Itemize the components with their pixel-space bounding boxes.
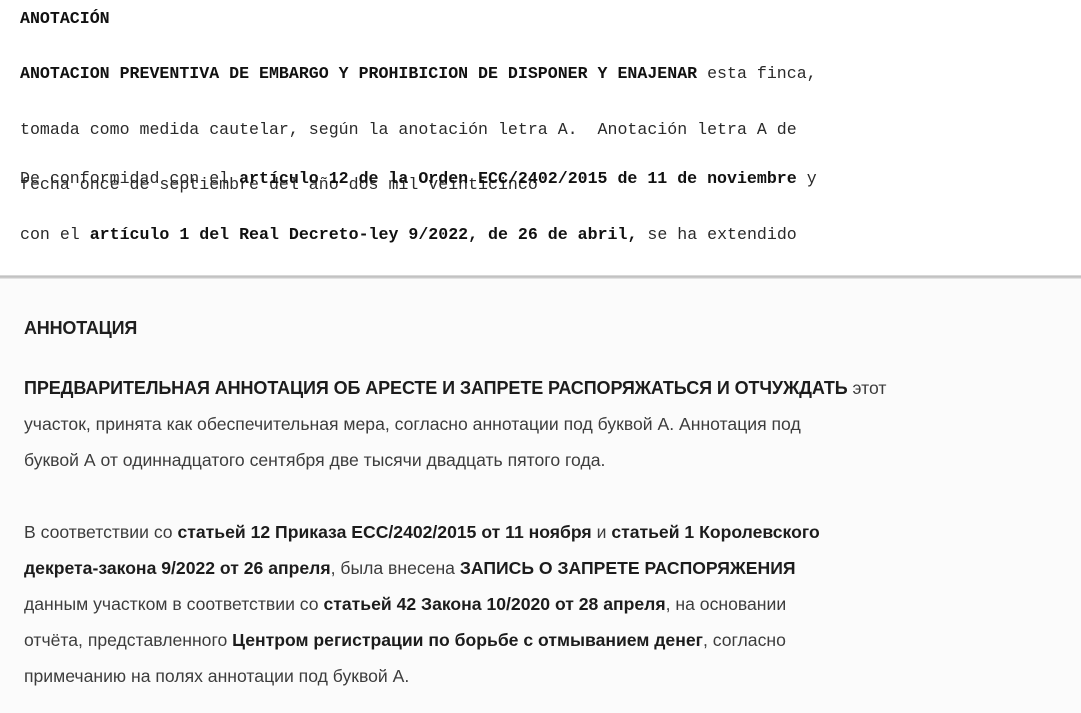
text-line: отчёта, представленного Центром регистра… — [24, 622, 1081, 658]
text-line: примечанию на полях аннотации под буквой… — [24, 658, 1081, 694]
text-line: буквой А от одиннадцатого сентября две т… — [24, 442, 1081, 478]
spanish-title: ANOTACIÓN — [20, 10, 1081, 29]
russian-paragraph-1: ПРЕДВАРИТЕЛЬНАЯ АННОТАЦИЯ ОБ АРЕСТЕ И ЗА… — [24, 370, 1081, 478]
text-line: декрета-закона 9/2022 от 26 апреля, была… — [24, 550, 1081, 586]
text-line: участок, принята как обеспечительная мер… — [24, 406, 1081, 442]
spanish-original-section: ANOTACIÓN ANOTACION PREVENTIVA DE EMBARG… — [0, 0, 1081, 275]
text-line: ПРЕДВАРИТЕЛЬНАЯ АННОТАЦИЯ ОБ АРЕСТЕ И ЗА… — [24, 370, 1081, 406]
russian-paragraph-2: В соответствии со статьей 12 Приказа ЕСС… — [24, 514, 1081, 694]
text-line: con el artículo 1 del Real Decreto-ley 9… — [20, 226, 1081, 245]
text-line: В соответствии со статьей 12 Приказа ЕСС… — [24, 514, 1081, 550]
document-comparison: ANOTACIÓN ANOTACION PREVENTIVA DE EMBARG… — [0, 0, 1081, 713]
russian-heading: АННОТАЦИЯ — [24, 318, 137, 339]
russian-translation-section: АННОТАЦИЯ ПРЕДВАРИТЕЛЬНАЯ АННОТАЦИЯ ОБ А… — [0, 279, 1081, 713]
text-line: данным участком в соответствии со статье… — [24, 586, 1081, 622]
text-line: De conformidad con el artículo 12 de la … — [20, 170, 1081, 189]
text-line: ANOTACION PREVENTIVA DE EMBARGO Y PROHIB… — [20, 65, 1081, 84]
